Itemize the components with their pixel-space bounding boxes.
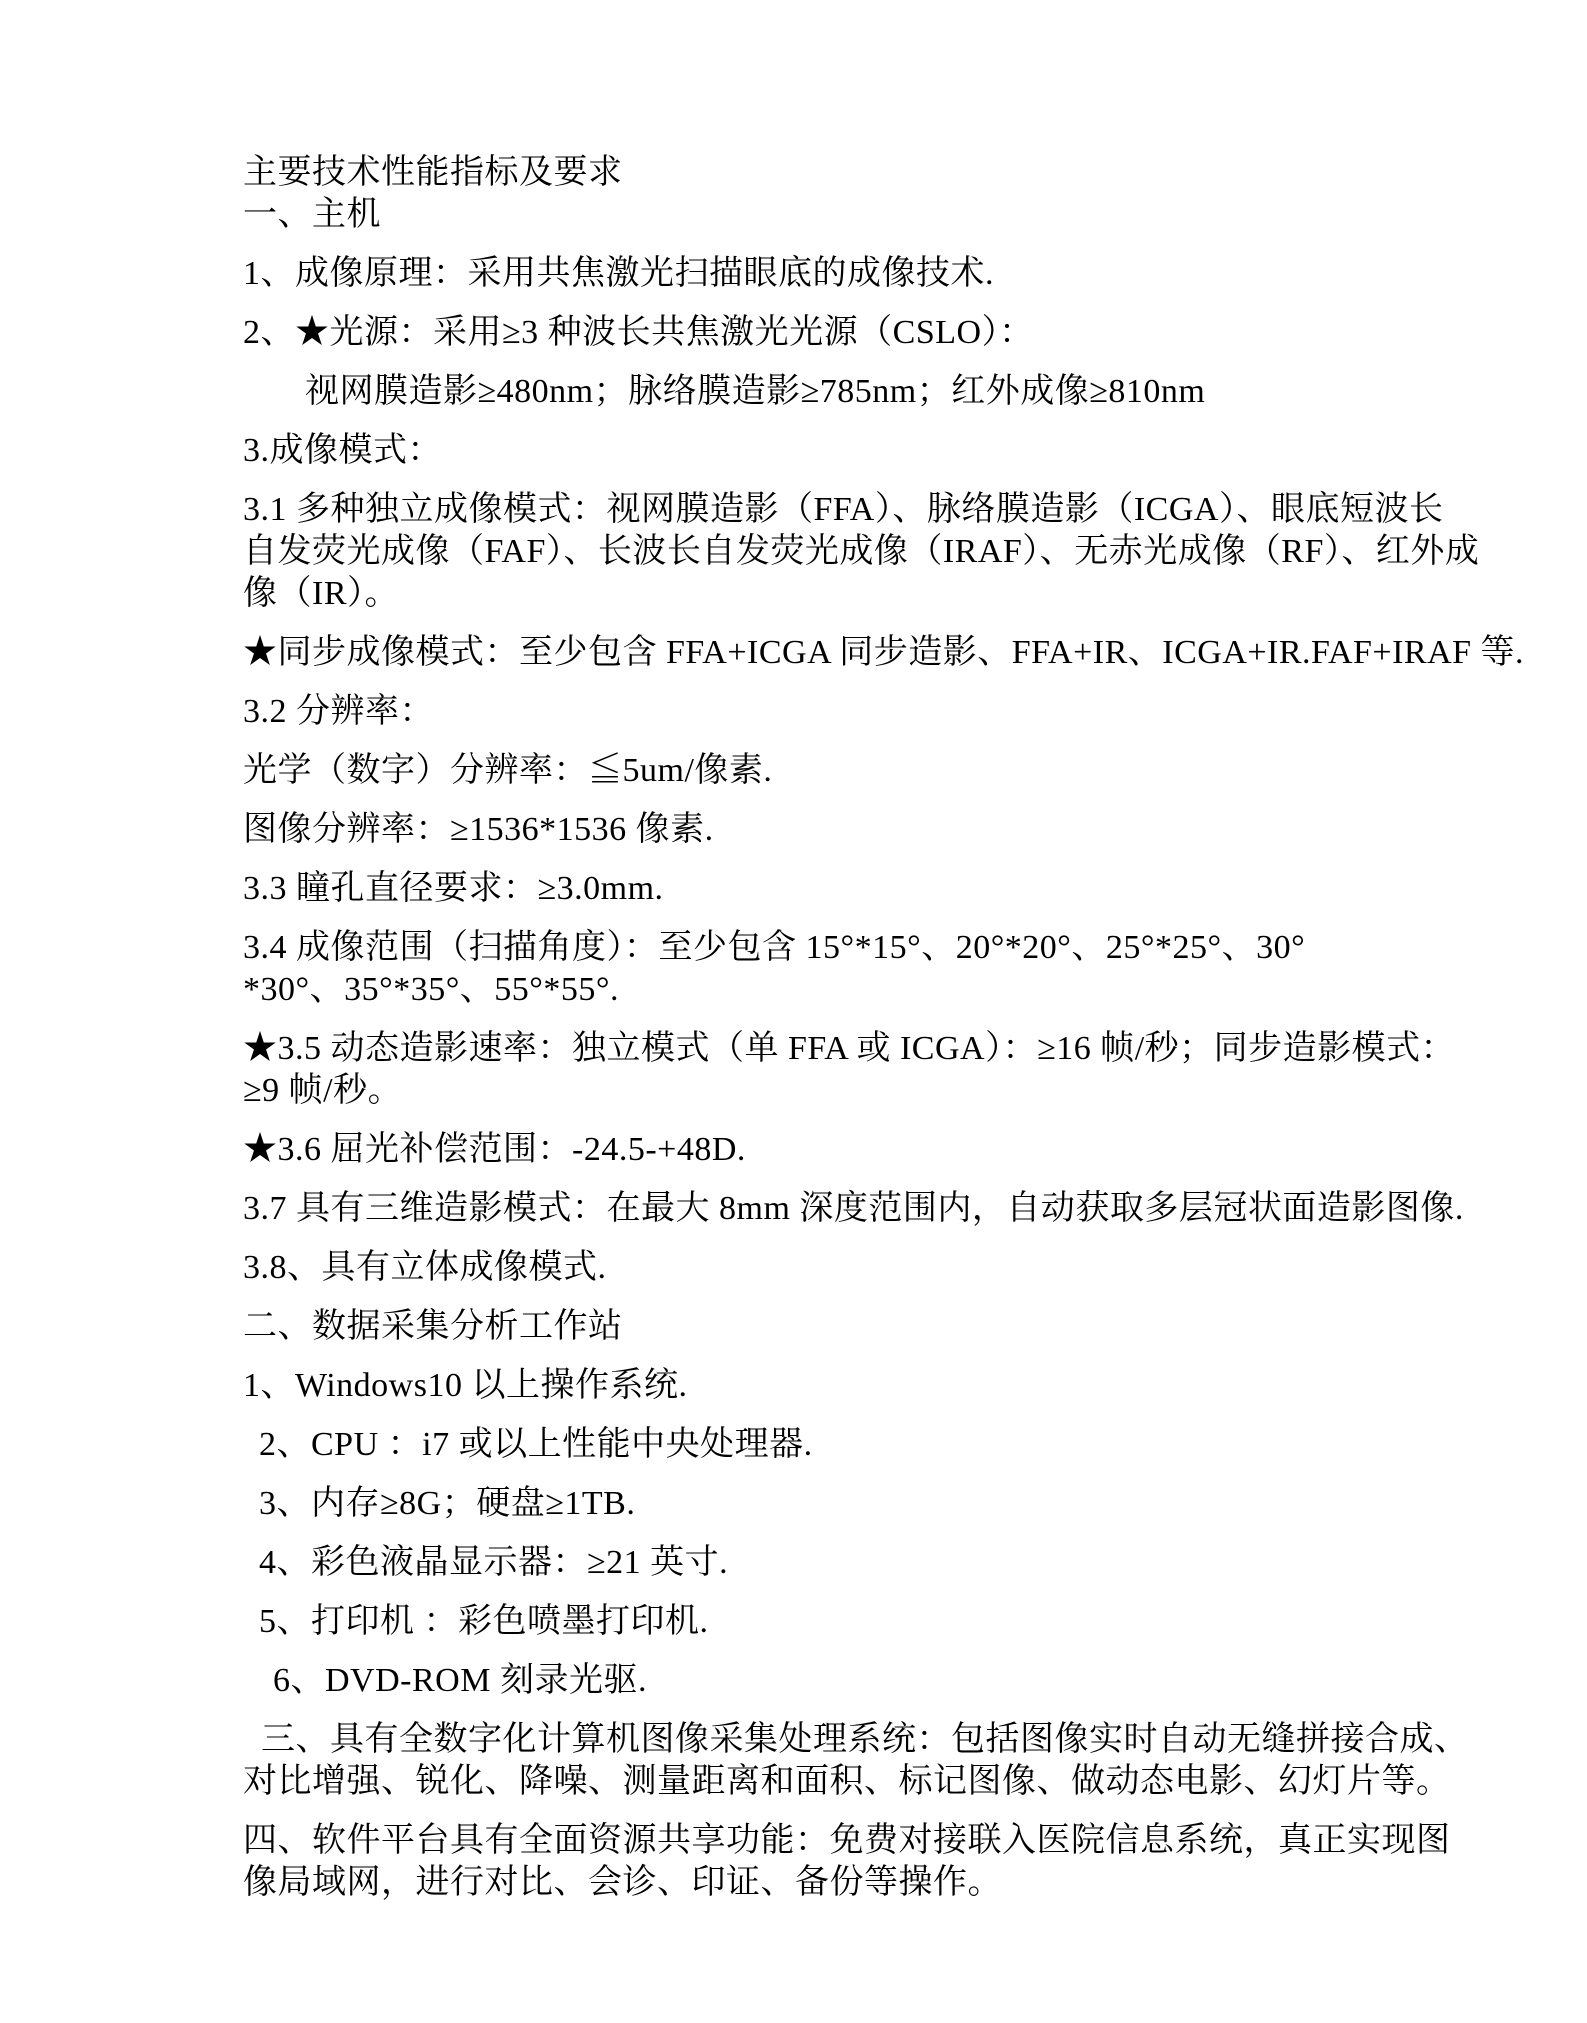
text-line: 3.成像模式：: [243, 430, 1428, 472]
item-1-3-6: ★3.6 屈光补偿范围：-24.5-+48D.: [243, 1129, 1428, 1171]
item-2-4: 4、彩色液晶显示器：≥21 英寸.: [243, 1542, 1428, 1584]
text-line: 1、Windows10 以上操作系统.: [243, 1365, 1428, 1407]
text-line: 3.4 成像范围（扫描角度）：至少包含 15°*15°、20°*20°、25°*…: [243, 927, 1428, 969]
item-1-3-7: 3.7 具有三维造影模式：在最大 8mm 深度范围内，自动获取多层冠状面造影图像…: [243, 1188, 1428, 1230]
item-1-3: 3.成像模式：: [243, 430, 1428, 472]
item-1-3-8: 3.8、具有立体成像模式.: [243, 1247, 1428, 1289]
text-line: ★3.6 屈光补偿范围：-24.5-+48D.: [243, 1129, 1428, 1171]
item-1-3-4: 3.4 成像范围（扫描角度）：至少包含 15°*15°、20°*20°、25°*…: [243, 927, 1428, 1011]
text-line: ★同步成像模式：至少包含 FFA+ICGA 同步造影、FFA+IR、ICGA+I…: [243, 632, 1428, 674]
text-line: 视网膜造影≥480nm；脉络膜造影≥785nm；红外成像≥810nm: [243, 371, 1428, 413]
item-2-5: 5、打印机 ：彩色喷墨打印机.: [243, 1601, 1428, 1643]
text-line: *30°、35°*35°、55°*55°.: [243, 969, 1428, 1011]
item-1-3-2: 3.2 分辨率：: [243, 691, 1428, 733]
text-line: 四、软件平台具有全面资源共享功能：免费对接联入医院信息系统，真正实现图: [243, 1820, 1428, 1862]
item-1-3-3: 3.3 瞳孔直径要求：≥3.0mm.: [243, 868, 1428, 910]
text-line: 3.1 多种独立成像模式：视网膜造影（FFA）、脉络膜造影（ICGA）、眼底短波…: [243, 489, 1428, 531]
text-line: ★3.5 动态造影速率：独立模式（单 FFA 或 ICGA）：≥16 帧/秒；同…: [243, 1028, 1428, 1070]
text-line: 3.8、具有立体成像模式.: [243, 1247, 1428, 1289]
item-1-3-1: 3.1 多种独立成像模式：视网膜造影（FFA）、脉络膜造影（ICGA）、眼底短波…: [243, 489, 1428, 615]
document-content: 主要技术性能指标及要求一、主机1、成像原理：采用共焦激光扫描眼底的成像技术.2、…: [243, 152, 1428, 1921]
text-line: 二、数据采集分析工作站: [243, 1306, 1428, 1348]
text-line: 3、内存≥8G；硬盘≥1TB.: [243, 1483, 1428, 1525]
text-line: 2、CPU ：i7 或以上性能中央处理器.: [243, 1424, 1428, 1466]
text-line: 3.7 具有三维造影模式：在最大 8mm 深度范围内，自动获取多层冠状面造影图像…: [243, 1188, 1428, 1230]
text-line: 1、成像原理：采用共焦激光扫描眼底的成像技术.: [243, 253, 1428, 295]
text-line: 光学（数字）分辨率：≦5um/像素.: [243, 750, 1428, 792]
document-page: 主要技术性能指标及要求一、主机1、成像原理：采用共焦激光扫描眼底的成像技术.2、…: [0, 0, 1587, 2023]
text-line: 3.3 瞳孔直径要求：≥3.0mm.: [243, 868, 1428, 910]
text-line: 像（IR）。: [243, 573, 1428, 615]
item-1-3-5: ★3.5 动态造影速率：独立模式（单 FFA 或 ICGA）：≥16 帧/秒；同…: [243, 1028, 1428, 1112]
item-2-6: 6、DVD-ROM 刻录光驱.: [243, 1660, 1428, 1702]
text-line: ≥9 帧/秒。: [243, 1070, 1428, 1112]
item-2-2: 2、CPU ：i7 或以上性能中央处理器.: [243, 1424, 1428, 1466]
section-4: 四、软件平台具有全面资源共享功能：免费对接联入医院信息系统，真正实现图像局域网，…: [243, 1820, 1428, 1904]
item-sync-imaging: ★同步成像模式：至少包含 FFA+ICGA 同步造影、FFA+IR、ICGA+I…: [243, 632, 1428, 674]
text-line: 三、具有全数字化计算机图像采集处理系统：包括图像实时自动无缝拼接合成、: [243, 1719, 1428, 1761]
text-line: 主要技术性能指标及要求: [243, 152, 1428, 194]
section-2-heading: 二、数据采集分析工作站: [243, 1306, 1428, 1348]
text-line: 6、DVD-ROM 刻录光驱.: [243, 1660, 1428, 1702]
text-line: 2、★光源：采用≥3 种波长共焦激光光源（CSLO）：: [243, 312, 1428, 354]
text-line: 自发荧光成像（FAF）、长波长自发荧光成像（IRAF）、无赤光成像（RF）、红外…: [243, 531, 1428, 573]
item-optical-resolution: 光学（数字）分辨率：≦5um/像素.: [243, 750, 1428, 792]
doc-title: 主要技术性能指标及要求: [243, 152, 1428, 194]
item-image-resolution: 图像分辨率：≥1536*1536 像素.: [243, 809, 1428, 851]
item-2-3: 3、内存≥8G；硬盘≥1TB.: [243, 1483, 1428, 1525]
item-2-1: 1、Windows10 以上操作系统.: [243, 1365, 1428, 1407]
text-line: 5、打印机 ：彩色喷墨打印机.: [243, 1601, 1428, 1643]
item-1-2-detail: 视网膜造影≥480nm；脉络膜造影≥785nm；红外成像≥810nm: [243, 371, 1428, 413]
section-3: 三、具有全数字化计算机图像采集处理系统：包括图像实时自动无缝拼接合成、对比增强、…: [243, 1719, 1428, 1803]
text-line: 4、彩色液晶显示器：≥21 英寸.: [243, 1542, 1428, 1584]
text-line: 像局域网，进行对比、会诊、印证、备份等操作。: [243, 1862, 1428, 1904]
section-1-heading: 一、主机: [243, 194, 1428, 236]
text-line: 3.2 分辨率：: [243, 691, 1428, 733]
item-1-1: 1、成像原理：采用共焦激光扫描眼底的成像技术.: [243, 253, 1428, 295]
text-line: 对比增强、锐化、降噪、测量距离和面积、标记图像、做动态电影、幻灯片等。: [243, 1761, 1428, 1803]
text-line: 一、主机: [243, 194, 1428, 236]
text-line: 图像分辨率：≥1536*1536 像素.: [243, 809, 1428, 851]
item-1-2: 2、★光源：采用≥3 种波长共焦激光光源（CSLO）：: [243, 312, 1428, 354]
